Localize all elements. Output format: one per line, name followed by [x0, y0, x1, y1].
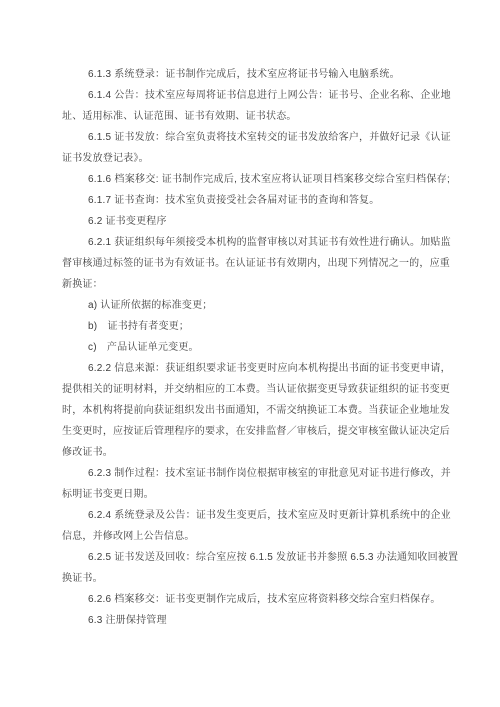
document-body: 6.1.3 系统登录：证书制作完成后，技术室应将证书号输入电脑系统。6.1.4 … — [62, 64, 450, 631]
text-line: 6.1.7 证书查询：技术室负责接受社会各届对证书的查询和答复。 — [62, 190, 450, 211]
text-line: 址、适用标准、认证范围、证书有效期、证书状态。 — [62, 106, 450, 127]
text-line: 6.2 证书变更程序 — [62, 211, 450, 232]
text-line: 6.3 注册保持管理 — [62, 610, 450, 631]
text-line: 修改证书。 — [62, 442, 450, 463]
text-line: 6.2.5 证书发送及回收：综合室应按 6.1.5 发放证书并参照 6.5.3 … — [62, 547, 450, 568]
text-line: 时，本机构将提前向获证组织发出书面通知，不需交纳换证工本费。当获证企业地址发 — [62, 400, 450, 421]
text-line: 督审核通过标签的证书为有效证书。在认证证书有效期内，出现下列情况之一的，应重 — [62, 253, 450, 274]
text-line: 证书发放登记表》。 — [62, 148, 450, 169]
text-line: 标明证书变更日期。 — [62, 484, 450, 505]
text-line: 6.1.3 系统登录：证书制作完成后，技术室应将证书号输入电脑系统。 — [62, 64, 450, 85]
text-line: 6.1.5 证书发放：综合室负责将技术室转交的证书发放给客户，并做好记录《认证 — [62, 127, 450, 148]
text-line: 6.2.4 系统登录及公告：证书发生变更后，技术室应及时更新计算机系统中的企业 — [62, 505, 450, 526]
text-line: 6.2.2 信息来源：获证组织要求证书变更时应向本机构提出书面的证书变更申请， — [62, 358, 450, 379]
text-line: 信息，并修改网上公告信息。 — [62, 526, 450, 547]
text-line: c) 产品认证单元变更。 — [62, 337, 450, 358]
text-line: 6.2.1 获证组织每年须接受本机构的监督审核以对其证书有效性进行确认。加贴监 — [62, 232, 450, 253]
text-line: 新换证： — [62, 274, 450, 295]
document-page: 6.1.3 系统登录：证书制作完成后，技术室应将证书号输入电脑系统。6.1.4 … — [0, 0, 500, 707]
text-line: 6.2.6 档案移交：证书变更制作完成后，技术室应将资料移交综合室归档保存。 — [62, 589, 450, 610]
text-line: 生变更时，应按证后管理程序的要求，在安排监督／审核后，提交审核室做认证决定后 — [62, 421, 450, 442]
text-line: 提供相关的证明材料，并交纳相应的工本费。当认证依据变更导致获证组织的证书变更 — [62, 379, 450, 400]
text-line: 6.2.3 制作过程：技术室证书制作岗位根据审核室的审批意见对证书进行修改，并 — [62, 463, 450, 484]
text-line: b) 证书持有者变更； — [62, 316, 450, 337]
text-line: a) 认证所依据的标准变更； — [62, 295, 450, 316]
text-line: 换证书。 — [62, 568, 450, 589]
text-line: 6.1.4 公告：技术室应每周将证书信息进行上网公告：证书号、企业名称、企业地 — [62, 85, 450, 106]
text-line: 6.1.6 档案移交: 证书制作完成后, 技术室应将认证项目档案移交综合室归档保… — [62, 169, 450, 190]
